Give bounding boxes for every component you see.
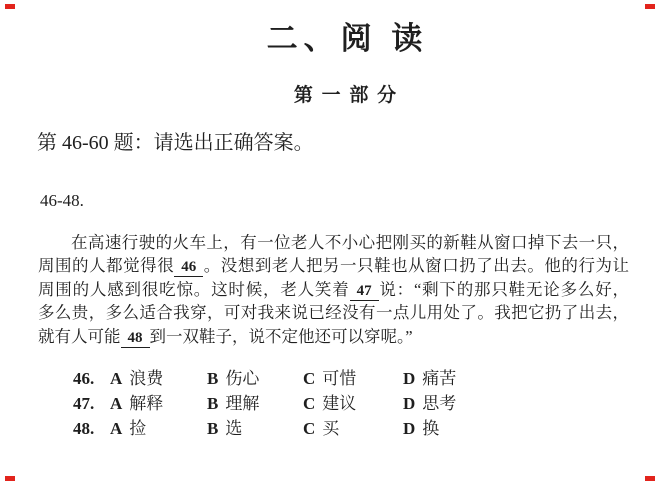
question-row-46: 46. A浪费 B伤心 C可惜 D痛苦	[73, 366, 650, 391]
option-text: 选	[225, 419, 242, 438]
option-letter: B	[207, 369, 218, 388]
option-a: A浪费	[110, 366, 207, 391]
option-d: D换	[403, 416, 439, 441]
blank-46: 46	[174, 259, 203, 277]
option-b: B理解	[207, 391, 303, 416]
passage-text: 。没想到老人把另一只鞋也从窗口扔了出去。他的行为让	[203, 256, 629, 275]
option-c: C建议	[303, 391, 403, 416]
option-text: 浪费	[129, 369, 163, 388]
options-block: 46. A浪费 B伤心 C可惜 D痛苦 47. A解释 B理解 C建议 D思考 …	[73, 366, 650, 441]
option-letter: D	[403, 394, 415, 413]
option-text: 买	[322, 419, 339, 438]
option-c: C买	[303, 416, 403, 441]
option-text: 解释	[129, 394, 163, 413]
section-subtitle: 第 一 部 分	[32, 85, 660, 107]
instruction-text: 第 46-60 题：请选出正确答案。	[37, 130, 314, 156]
option-b: B伤心	[207, 366, 303, 391]
question-number: 46.	[73, 366, 110, 391]
passage-text: 周围的人感到很吃惊。这时候，老人笑着	[38, 280, 350, 299]
option-text: 理解	[225, 394, 259, 413]
corner-mark-top-left	[5, 4, 15, 9]
option-letter: C	[303, 419, 315, 438]
option-letter: D	[403, 419, 415, 438]
corner-mark-bottom-left	[5, 476, 15, 481]
option-text: 伤心	[225, 369, 259, 388]
option-text: 痛苦	[422, 369, 456, 388]
option-text: 换	[422, 419, 439, 438]
passage-text: 在高速行驶的火车上，有一位老人不小心把刚买的新鞋从窗口掉下去一只，	[71, 233, 629, 252]
option-text: 建议	[322, 394, 356, 413]
question-number: 48.	[73, 416, 110, 441]
question-number: 47.	[73, 391, 110, 416]
passage-line-5: 就有人可能48到一双鞋子，说不定他还可以穿呢。”	[38, 325, 629, 348]
blank-number: 48	[128, 330, 143, 346]
passage-line-2: 周围的人都觉得很46。没想到老人把另一只鞋也从窗口扔了出去。他的行为让	[38, 254, 629, 277]
passage-text: 周围的人都觉得很	[38, 256, 174, 275]
option-d: D痛苦	[403, 366, 456, 391]
page-title: 二、阅 读	[35, 22, 660, 56]
option-a: A捡	[110, 416, 207, 441]
passage-label: 46-48.	[40, 191, 84, 211]
option-c: C可惜	[303, 366, 403, 391]
blank-number: 46	[181, 259, 196, 275]
option-letter: B	[207, 419, 218, 438]
passage-text: 多么贵，多么适合我穿，可对我来说已经没有一点儿用处了。我把它扔了出去，	[38, 303, 629, 322]
blank-47: 47	[350, 283, 379, 301]
option-text: 思考	[422, 394, 456, 413]
test-paper-page: 二、阅 读 第 一 部 分 第 46-60 题：请选出正确答案。 46-48. …	[0, 0, 660, 485]
option-letter: A	[110, 369, 122, 388]
passage-text: 到一双鞋子，说不定他还可以穿呢。”	[150, 327, 413, 346]
option-letter: A	[110, 394, 122, 413]
passage-line-1: 在高速行驶的火车上，有一位老人不小心把刚买的新鞋从窗口掉下去一只，	[38, 231, 629, 254]
option-letter: B	[207, 394, 218, 413]
blank-number: 47	[357, 283, 372, 299]
option-letter: D	[403, 369, 415, 388]
reading-passage: 在高速行驶的火车上，有一位老人不小心把刚买的新鞋从窗口掉下去一只， 周围的人都觉…	[38, 231, 629, 348]
option-text: 捡	[129, 419, 146, 438]
passage-text: 说：“剩下的那只鞋无论多么好，	[379, 280, 629, 299]
passage-line-3: 周围的人感到很吃惊。这时候，老人笑着47说：“剩下的那只鞋无论多么好，	[38, 278, 629, 301]
option-text: 可惜	[322, 369, 356, 388]
corner-mark-top-right	[645, 4, 655, 9]
passage-text: 就有人可能	[38, 327, 121, 346]
option-b: B选	[207, 416, 303, 441]
option-letter: C	[303, 394, 315, 413]
passage-line-4: 多么贵，多么适合我穿，可对我来说已经没有一点儿用处了。我把它扔了出去，	[38, 301, 629, 324]
blank-48: 48	[121, 330, 150, 348]
corner-mark-bottom-right	[645, 476, 655, 481]
option-letter: C	[303, 369, 315, 388]
option-a: A解释	[110, 391, 207, 416]
option-letter: A	[110, 419, 122, 438]
question-row-47: 47. A解释 B理解 C建议 D思考	[73, 391, 650, 416]
question-row-48: 48. A捡 B选 C买 D换	[73, 416, 650, 441]
option-d: D思考	[403, 391, 456, 416]
